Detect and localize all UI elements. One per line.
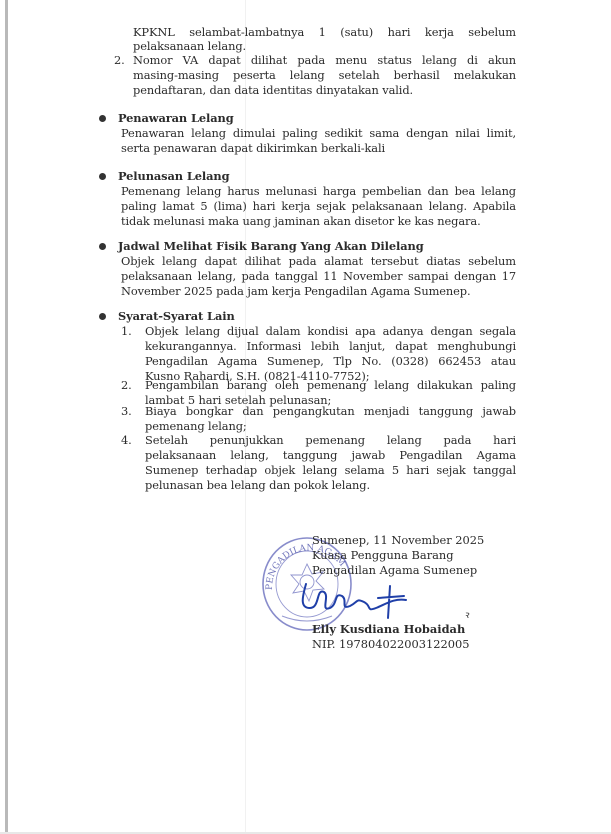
- signature-office: Pengadilan Agama Sumenep: [312, 563, 484, 578]
- section-title-penawaran: Penawaran Lelang: [118, 111, 234, 126]
- section-title-jadwal: Jadwal Melihat Fisik Barang Yang Akan Di…: [118, 239, 424, 254]
- bullet-icon: [99, 173, 106, 180]
- syarat-item-4-line-4: pelunasan bea lelang dan pokok lelang.: [145, 478, 370, 493]
- intro-item-2-line-3: pendaftaran, dan data identitas dinyatak…: [133, 83, 413, 98]
- jadwal-line-3: November 2025 pada jam kerja Pengadilan …: [121, 284, 471, 299]
- bullet-icon: [99, 313, 106, 320]
- signature-block: Sumenep, 11 November 2025 Kuasa Pengguna…: [312, 533, 484, 652]
- handwritten-signature-icon: [294, 578, 434, 622]
- jadwal-line-2: pelaksanaan lelang, pada tanggal 11 Nove…: [121, 269, 516, 284]
- syarat-item-3-line-1: Biaya bongkar dan pengangkutan menjadi t…: [145, 404, 516, 419]
- penawaran-line-2: serta penawaran dapat dikirimkan berkali…: [121, 141, 385, 156]
- intro-item-2-line-2: masing-masing peserta lelang setelah ber…: [133, 68, 516, 83]
- syarat-item-4-line-3: Sumenep terhadap objek lelang selama 5 h…: [145, 463, 516, 478]
- pelunasan-line-2: paling lamat 5 (lima) hari kerja sejak p…: [121, 199, 516, 214]
- bullet-icon: [99, 243, 106, 250]
- syarat-item-4-line-1: Setelah penunjukkan pemenang lelang pada…: [145, 433, 516, 448]
- syarat-item-4-line-2: pelaksanaan lelang, tanggung jawab Penga…: [145, 448, 516, 463]
- page-left-edge: [5, 0, 8, 832]
- intro-line-1: KPKNL selambat-lambatnya 1 (satu) hari k…: [133, 25, 516, 40]
- intro-item-2-line-1: Nomor VA dapat dilihat pada menu status …: [133, 53, 516, 68]
- syarat-item-1-line-3: Pengadilan Agama Sumenep, Tlp No. (0328)…: [145, 354, 516, 369]
- intro-line-2: pelaksanaan lelang.: [133, 39, 246, 54]
- syarat-item-1-line-1: Objek lelang dijual dalam kondisi apa ad…: [145, 324, 516, 339]
- bullet-icon: [99, 115, 106, 122]
- pelunasan-line-3: tidak melunasi maka uang jaminan akan di…: [121, 214, 481, 229]
- syarat-item-2-line-1: Pengambilan barang oleh pemenang lelang …: [145, 378, 516, 393]
- signature-role: Kuasa Pengguna Barang: [312, 548, 484, 563]
- signatory-nip: NIP. 197804022003122005: [312, 637, 484, 652]
- section-title-syarat: Syarat-Syarat Lain: [118, 309, 235, 324]
- section-title-pelunasan: Pelunasan Lelang: [118, 169, 229, 184]
- pelunasan-line-1: Pemenang lelang harus melunasi harga pem…: [121, 184, 516, 199]
- jadwal-line-1: Objek lelang dapat dilihat pada alamat t…: [121, 254, 516, 269]
- intro-item-2-number: 2.: [114, 53, 125, 68]
- signature-place-date: Sumenep, 11 November 2025: [312, 533, 484, 548]
- syarat-item-1-number: 1.: [121, 324, 132, 339]
- signatory-name: Elly Kusdiana Hobaidah: [312, 622, 484, 637]
- paraf-mark-icon: ꝛ: [464, 608, 469, 623]
- syarat-item-3-line-2: pemenang lelang;: [145, 419, 247, 434]
- syarat-item-2-number: 2.: [121, 378, 132, 393]
- syarat-item-4-number: 4.: [121, 433, 132, 448]
- syarat-item-1-line-2: kekurangannya. Informasi lebih lanjut, d…: [145, 339, 516, 354]
- penawaran-line-1: Penawaran lelang dimulai paling sedikit …: [121, 126, 516, 141]
- syarat-item-3-number: 3.: [121, 404, 132, 419]
